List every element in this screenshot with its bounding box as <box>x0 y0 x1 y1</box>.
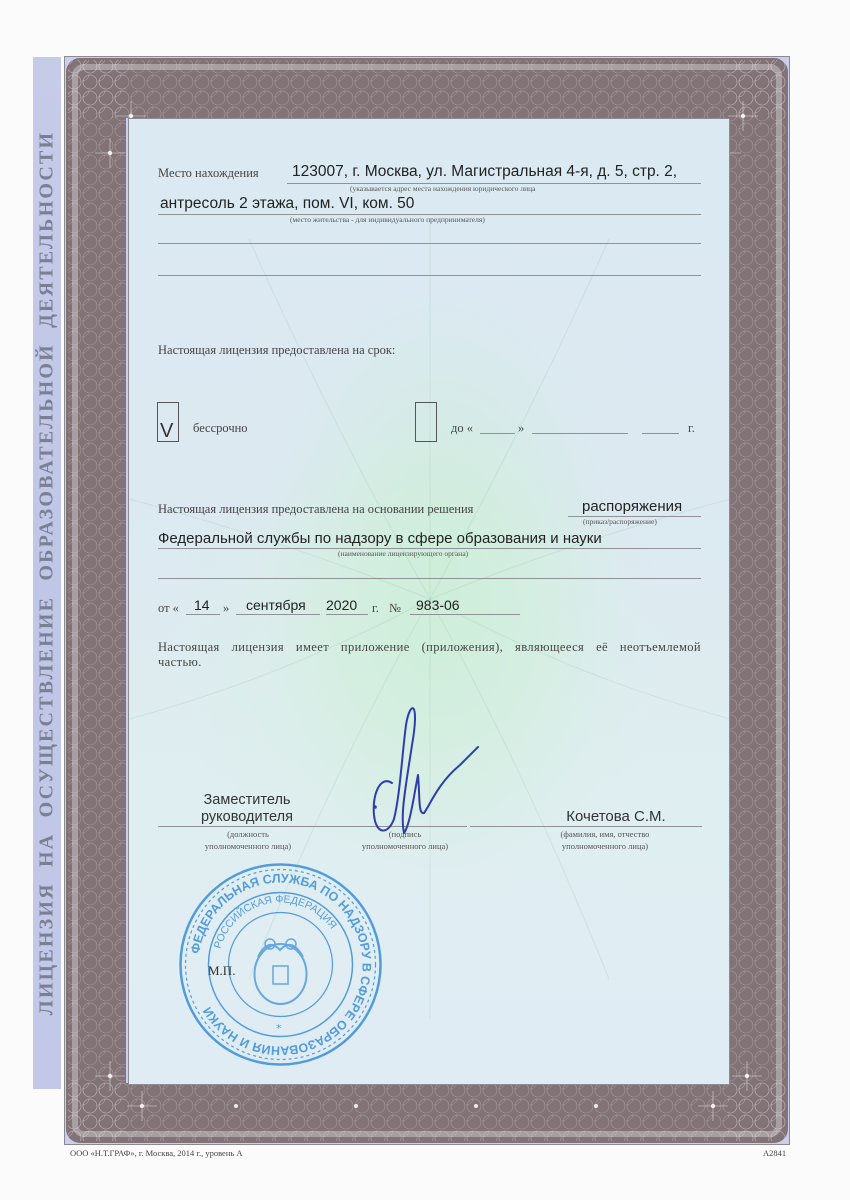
date-day: 14 <box>194 597 210 613</box>
number-line <box>410 614 520 615</box>
date-month: сентября <box>246 597 306 613</box>
label-until-suffix: г. <box>688 421 695 436</box>
number-label: № <box>389 601 401 616</box>
position-hint-1: (должность <box>158 828 338 840</box>
decision-number: 983-06 <box>416 597 460 613</box>
position-line <box>158 826 338 827</box>
decision-type: распоряжения <box>582 498 682 515</box>
decision-type-hint: (приказ/распоряжение) <box>583 517 657 526</box>
until-month-line <box>532 433 628 434</box>
basis-heading: Настоящая лицензия предоставлена на осно… <box>158 502 473 517</box>
year-suffix: г. <box>372 601 379 616</box>
month-line <box>236 614 320 615</box>
form-serial: А2841 <box>763 1148 786 1158</box>
term-heading: Настоящая лицензия предоставлена на срок… <box>158 343 395 358</box>
name-line <box>470 826 702 827</box>
position-hint-2: уполномоченного лица) <box>158 840 338 852</box>
authority-name: Федеральной службы по надзору в сфере об… <box>158 530 602 547</box>
seal-placement-label: М.П. <box>208 963 235 979</box>
checkbox-until-date[interactable] <box>415 402 437 442</box>
location-label: Место нахождения <box>158 166 259 181</box>
location-hint-2: (место жительства - для индивидуального … <box>290 215 485 224</box>
location-address-line1: 123007, г. Москва, ул. Магистральная 4-я… <box>292 163 677 181</box>
date-prefix: от « <box>158 601 179 616</box>
label-until-prefix: до « <box>451 421 473 436</box>
date-year: 2020 <box>326 597 357 613</box>
svg-text:*: * <box>276 1022 282 1035</box>
signer-position-line2: руководителя <box>158 809 336 826</box>
printer-imprint: ООО «Н.Т.ГРАФ», г. Москва, 2014 г., уров… <box>70 1148 243 1158</box>
name-hint: (фамилия, имя, отчество уполномоченного … <box>510 828 700 852</box>
signer-name: Кочетова С.М. <box>530 808 702 825</box>
name-hint-2: уполномоченного лица) <box>510 840 700 852</box>
year-line <box>326 614 368 615</box>
location-address-line2: антресоль 2 этажа, пом. VI, ком. 50 <box>160 195 414 213</box>
until-year-line <box>642 433 679 434</box>
signer-position-line1: Заместитель <box>158 792 336 809</box>
label-until-mid: » <box>518 421 524 436</box>
day-line <box>186 614 220 615</box>
label-unlimited: бессрочно <box>193 421 248 436</box>
position-hint: (должность уполномоченного лица) <box>158 828 338 852</box>
side-banner-text: ЛИЦЕНЗИЯ НА ОСУЩЕСТВЛЕНИЕ ОБРАЗОВАТЕЛЬНО… <box>36 131 59 1016</box>
until-day-line <box>480 433 515 434</box>
checkbox-unlimited[interactable]: V <box>157 402 179 442</box>
blank-line-1 <box>158 243 701 244</box>
appendix-note: Настоящая лицензия имеет приложение (при… <box>158 640 701 670</box>
signer-position: Заместитель руководителя <box>158 792 336 826</box>
check-mark: V <box>160 420 173 443</box>
handwritten-signature <box>360 695 480 845</box>
blank-line-2 <box>158 275 701 276</box>
blank-line-3 <box>158 578 701 579</box>
date-mid: » <box>223 601 229 616</box>
authority-hint: (наименование лицензирующего органа) <box>338 549 468 558</box>
name-hint-1: (фамилия, имя, отчество <box>510 828 700 840</box>
location-hint-1: (указывается адрес места нахождения юрид… <box>350 184 536 193</box>
